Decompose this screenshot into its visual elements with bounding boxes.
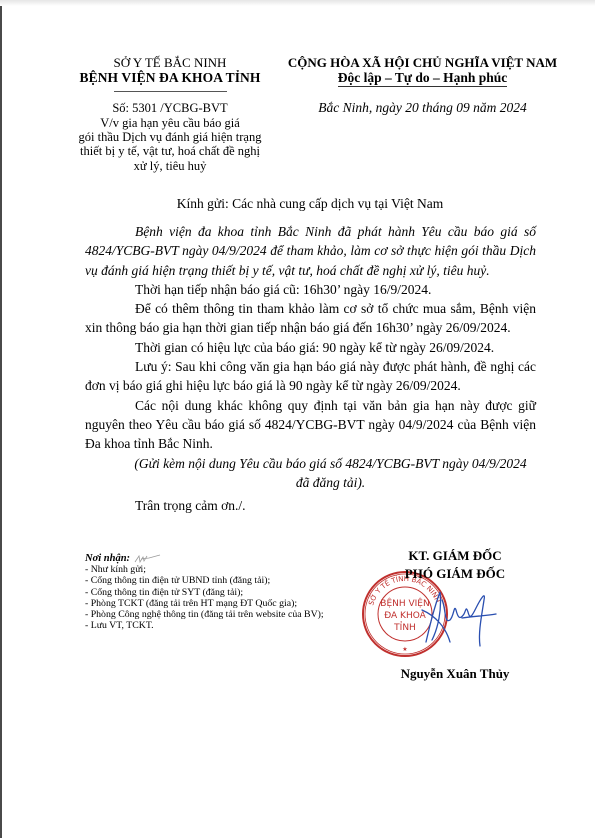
place-date: Bắc Ninh, ngày 20 tháng 09 năm 2024	[285, 100, 560, 116]
document-number: Số: 5301 /YCBG-BVT	[60, 101, 280, 116]
body-paragraph: Bệnh viện đa khoa tỉnh Bắc Ninh đã phát …	[85, 222, 536, 280]
recipient-line: Kính gửi: Các nhà cung cấp dịch vụ tại V…	[60, 196, 560, 212]
handwritten-signature-icon	[420, 580, 500, 650]
recipient-item: - Lưu VT, TCKT.	[85, 620, 324, 631]
body-paragraph: Để có thêm thông tin tham khảo làm cơ sở…	[85, 299, 536, 338]
stamp-line: TỈNH	[393, 621, 416, 633]
svg-text:★: ★	[402, 646, 407, 653]
body-paragraph: Thời hạn tiếp nhận báo giá cũ: 16h30’ ng…	[85, 280, 536, 299]
document-body: Bệnh viện đa khoa tỉnh Bắc Ninh đã phát …	[85, 222, 536, 515]
page-shadow	[0, 0, 595, 6]
page-edge	[0, 0, 2, 838]
recipient-item: - Phòng TCKT (đăng tải trên HT mạng ĐT Q…	[85, 598, 324, 609]
organization-name: BỆNH VIỆN ĐA KHOA TỈNH	[60, 70, 280, 86]
body-paragraph: Lưu ý: Sau khi công văn gia hạn báo giá …	[85, 357, 536, 396]
ministry-name: SỞ Y TẾ BẮC NINH	[60, 55, 280, 71]
recipient-item: - Cổng thông tin điện tử SYT (đăng tải);	[85, 587, 324, 598]
subject-line: gói thầu Dịch vụ đánh giá hiện trạng	[60, 130, 280, 144]
initials-scribble-icon	[132, 554, 162, 564]
attachment-note: (Gửi kèm nội dung Yêu cầu báo giá số 482…	[85, 454, 536, 473]
attachment-note: đã đăng tải).	[85, 473, 536, 492]
recipients-list: Nơi nhận: - Như kính gửi; - Cổng thông t…	[85, 553, 324, 631]
subject-line: V/v gia hạn yêu cầu báo giá	[60, 116, 280, 130]
national-motto: Độc lập – Tự do – Hạnh phúc	[285, 70, 560, 86]
subject-line: xử lý, tiêu huỷ	[60, 159, 280, 173]
document-subject: V/v gia hạn yêu cầu báo giá gói thầu Dịc…	[60, 116, 280, 173]
header-divider	[114, 91, 227, 92]
recipient-item: - Phòng Công nghệ thông tin (đăng tải tr…	[85, 609, 324, 620]
national-title: CỘNG HÒA XÃ HỘI CHỦ NGHĨA VIỆT NAM	[285, 55, 560, 71]
recipients-title: Nơi nhận:	[85, 553, 130, 564]
recipient-item: - Cổng thông tin điện tử UBND tỉnh (đăng…	[85, 575, 324, 586]
closing-line: Trân trọng cảm ơn./.	[85, 496, 536, 515]
recipient-item: - Như kính gửi;	[85, 564, 324, 575]
subject-line: thiết bị y tế, vật tư, hoá chất đề nghị	[60, 144, 280, 158]
body-paragraph: Các nội dung khác không quy định tại văn…	[85, 396, 536, 454]
signature-title: KT. GIÁM ĐỐC	[380, 548, 530, 564]
signer-name: Nguyễn Xuân Thủy	[380, 666, 530, 682]
body-paragraph: Thời gian có hiệu lực của báo giá: 90 ng…	[85, 338, 536, 357]
motto-text: Độc lập – Tự do – Hạnh phúc	[338, 70, 508, 87]
signature-subtitle: PHÓ GIÁM ĐỐC	[380, 566, 530, 582]
